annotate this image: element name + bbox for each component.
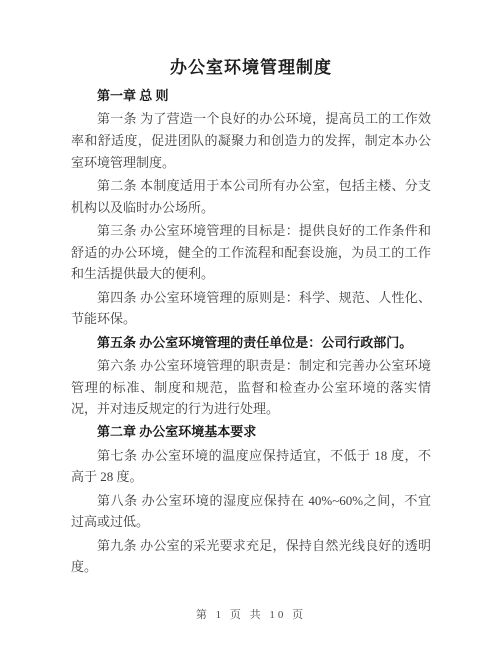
document-body: 第一章 总 则 第一条 为了营造一个良好的办公环境，提高员工的工作效率和舒适度，… (71, 85, 431, 578)
chapter-heading-1: 第一章 总 则 (71, 85, 431, 107)
paragraph-article-1: 第一条 为了营造一个良好的办公环境，提高员工的工作效率和舒适度，促进团队的凝聚力… (71, 108, 431, 173)
paragraph-article-9: 第九条 办公室的采光要求充足，保持自然光线良好的透明度。 (71, 535, 431, 578)
paragraph-article-6: 第六条 办公室环境管理的职责是：制定和完善办公室环境管理的标准、制度和规范，监督… (71, 355, 431, 420)
paragraph-article-3: 第三条 办公室环境管理的目标是：提供良好的工作条件和舒适的办公环境，健全的工作流… (71, 220, 431, 285)
chapter-heading-2: 第二章 办公室环境基本要求 (71, 421, 431, 443)
page-number: 第 1 页 共 10 页 (0, 606, 502, 622)
paragraph-article-5: 第五条 办公室环境管理的责任单位是：公司行政部门。 (71, 332, 431, 354)
paragraph-article-7: 第七条 办公室环境的温度应保持适宜，不低于 18 度，不高于 28 度。 (71, 445, 431, 488)
document-title: 办公室环境管理制度 (0, 0, 502, 80)
paragraph-article-8: 第八条 办公室环境的湿度应保持在 40%~60%之间，不宜过高或过低。 (71, 490, 431, 533)
document-page: 办公室环境管理制度 第一章 总 则 第一条 为了营造一个良好的办公环境，提高员工… (0, 0, 502, 649)
paragraph-article-2: 第二条 本制度适用于本公司所有办公室，包括主楼、分支机构以及临时办公场所。 (71, 175, 431, 218)
paragraph-article-4: 第四条 办公室环境管理的原则是：科学、规范、人性化、节能环保。 (71, 287, 431, 330)
